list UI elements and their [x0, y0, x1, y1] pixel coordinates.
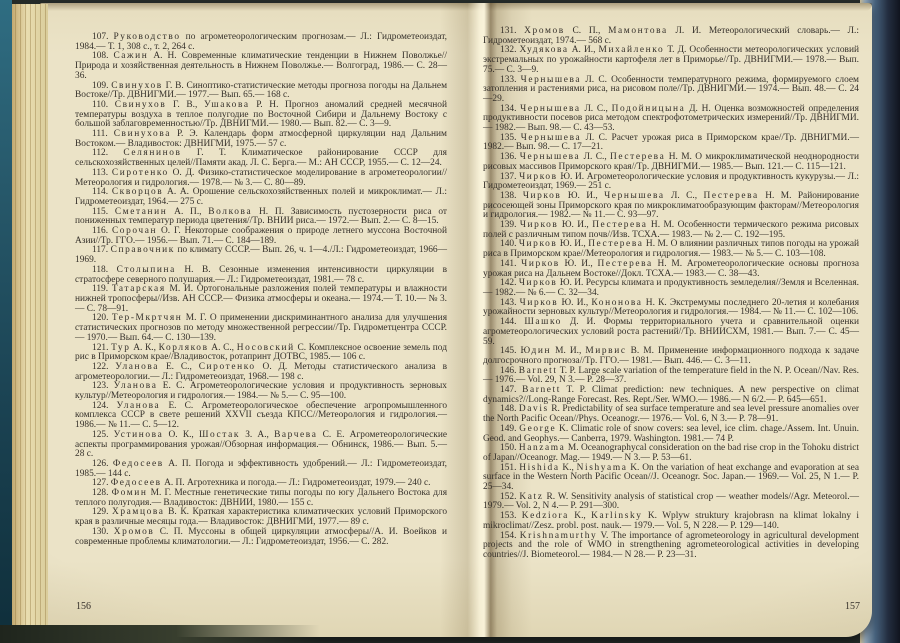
entry-text: 129. — [92, 507, 112, 517]
author-name: Мирвис — [585, 346, 626, 356]
entry-text: 137. — [500, 172, 519, 182]
bibliography-entry: 118. Столыпина Н. В. Сезонные изменения … — [75, 266, 447, 285]
entry-text: 107. — [92, 32, 113, 42]
entry-text: 135. — [500, 133, 521, 143]
book-cover-left-edge — [0, 0, 12, 643]
author-name: Носовский — [237, 343, 295, 353]
entry-text: Ю. И., — [561, 191, 604, 201]
author-name: Чирков — [523, 191, 562, 201]
author-name: Свинухов — [111, 81, 163, 91]
author-name: Сиротенко — [199, 362, 256, 372]
page-number-left: 156 — [76, 601, 91, 612]
author-name: Чирков — [520, 220, 559, 230]
author-name: Уланова — [115, 362, 159, 372]
entry-text: Ю. И., — [560, 259, 598, 269]
entry-text: 127. — [92, 478, 111, 488]
author-name: Храмцова — [112, 507, 165, 517]
bibliography-entry: 116. Сорочан О. Г. Некоторые соображения… — [75, 227, 447, 246]
author-name: Чирков — [521, 259, 560, 269]
author-name: Barnett — [522, 385, 561, 395]
bibliography-entry: 124. Уланова Е. С. Агрометеорологическое… — [75, 402, 447, 431]
page-edges-left — [10, 4, 48, 634]
bibliography-entry: 138. Чирков Ю. И., Чернышева Л. С., Пест… — [483, 192, 859, 221]
author-name: Пестерева — [597, 259, 652, 269]
entry-text: 133. — [500, 75, 521, 85]
entry-text: 142. — [500, 278, 519, 288]
entry-text: 109. — [92, 81, 111, 91]
entry-text: А. П., — [167, 207, 208, 217]
author-name: Уланова — [114, 381, 158, 391]
bibliography-entry: 140. Чирков Ю. И., Пестерева Н. М. О вли… — [483, 240, 859, 259]
author-name: Варчева — [274, 430, 317, 440]
bibliography-entry: 119. Татарская М. И. Ортогональные разло… — [75, 285, 447, 314]
bibliography-entry: 113. Сиротенко О. Д. Физико-статистическ… — [75, 169, 447, 188]
author-name: Шостак — [199, 430, 240, 440]
author-name: Чернышева — [604, 191, 665, 201]
right-page-bibliography: 131. Хромов С. П., Мамонтова Л. И. Метео… — [483, 27, 859, 561]
entry-text: 130. — [92, 527, 114, 537]
bibliography-entry: 126. Федосеев А. П. Погода и эффективнос… — [75, 460, 447, 479]
author-name: Шашко — [524, 317, 562, 327]
bibliography-entry: 147. Barnett T. P. Climat prediction: ne… — [483, 386, 859, 405]
author-name: Хромов — [524, 26, 565, 36]
entry-text: А. И., — [569, 45, 599, 55]
entry-text: С. П., — [565, 26, 608, 36]
entry-text: 117. — [92, 245, 111, 255]
bibliography-entry: 125. Устинова О. К., Шостак З. А., Варче… — [75, 431, 447, 460]
author-name: Скворцов — [112, 187, 163, 197]
bibliography-entry: 132. Худякова А. И., Михайленко Т. Д. Ос… — [483, 46, 859, 75]
author-name: Kedziora — [522, 511, 569, 521]
bibliography-entry: 120. Тер-Мкртчян М. Г. О применении диск… — [75, 314, 447, 343]
author-name: Справочник — [111, 245, 175, 255]
author-name: Фомин — [112, 488, 148, 498]
bibliography-entry: 151. Hishida K., Nishyama K. On the vari… — [483, 464, 859, 493]
bibliography-entry: 141. Чирков Ю. И., Пестерева Н. М. Агром… — [483, 260, 859, 279]
author-name: Михайленко — [599, 45, 665, 55]
entry-text: 148. — [500, 404, 519, 414]
author-name: Корляков — [159, 343, 209, 353]
author-name: Пестерева — [588, 239, 643, 249]
bibliography-entry: 128. Фомин М. Г. Местные генетические ти… — [75, 489, 447, 508]
entry-text: А. К., — [131, 343, 159, 353]
entry-text: K., — [569, 511, 591, 521]
bibliography-entry: 134. Чернышева Л. С., Подойницына Д. Н. … — [483, 105, 859, 134]
bibliography-entry: 109. Свинухов Г. В. Синоптико-статистиче… — [75, 82, 447, 101]
bibliography-entry: 131. Хромов С. П., Мамонтова Л. И. Метео… — [483, 27, 859, 46]
author-name: Волкова — [208, 207, 252, 217]
open-book-spread: 107. Руководство по агрометеорологически… — [40, 3, 872, 637]
author-name: Чирков — [519, 278, 558, 288]
author-name: Юдин — [520, 346, 551, 356]
entry-text: 118. — [92, 265, 117, 275]
author-name: Сметанин — [115, 207, 168, 217]
entry-text: 128. — [92, 488, 112, 498]
entry-text: 111. — [92, 129, 114, 139]
entry-text: 113. — [92, 168, 112, 178]
entry-text: Л. С., — [580, 152, 610, 162]
bibliography-entry: 122. Уланова Е. С., Сиротенко О. Д. Мето… — [75, 363, 447, 382]
author-name: Свинухова — [114, 129, 171, 139]
author-name: Karlinsky — [591, 511, 642, 521]
entry-text: Л. С., — [665, 191, 704, 201]
bibliography-entry: 143. Чирков Ю. И., Кононова Н. К. Экстре… — [483, 299, 859, 318]
entry-text: 136. — [500, 152, 520, 162]
entry-text: 126. — [92, 459, 113, 469]
entry-text: 112. — [92, 148, 123, 158]
entry-text: 123. — [92, 381, 114, 391]
author-name: Katz — [519, 492, 543, 502]
entry-text: 132. — [500, 45, 520, 55]
entry-text: Ю. И., — [557, 239, 588, 249]
bibliography-entry: 148. Davis R. Predictability of sea surf… — [483, 405, 859, 424]
author-name: Чернышева — [521, 75, 582, 85]
bibliography-entry: 133. Чернышева Л. С. Особенности темпера… — [483, 76, 859, 105]
author-name: Barnett — [519, 366, 558, 376]
bibliography-entry: 145. Юдин М. И., Мирвис В. М. Применение… — [483, 347, 859, 366]
bibliography-entry: 137. Чирков Ю. И. Агрометеорологические … — [483, 173, 859, 192]
entry-text: 150. — [500, 443, 519, 453]
entry-text: А. С., — [209, 343, 237, 353]
left-page-bibliography: 107. Руководство по агрометеорологически… — [75, 33, 447, 547]
entry-text: Г. В., — [166, 100, 204, 110]
bibliography-entry: 153. Kedziora K., Karlinsky K. Wplyw str… — [483, 512, 859, 531]
entry-text: 120. — [92, 313, 112, 323]
entry-text: 149. — [500, 424, 519, 434]
author-name: Тур — [111, 343, 130, 353]
author-name: Пестерева — [704, 191, 759, 201]
entry-text: 140. — [500, 239, 519, 249]
bibliography-entry: 114. Скворцов А. А. Орошение сельскохозя… — [75, 188, 447, 207]
bibliography-entry: 154. Krishnamurthy V. The importance of … — [483, 532, 859, 561]
bibliography-entry: 152. Katz R. W. Sensitivity analysis of … — [483, 493, 859, 512]
entry-text: 145. — [500, 346, 520, 356]
bibliography-entry: 136. Чернышева Л. С., Пестерева Н. М. О … — [483, 153, 859, 172]
entry-text: О. К., — [163, 430, 199, 440]
entry-text: 115. — [92, 207, 115, 217]
bibliography-entry: 123. Уланова Е. С. Агрометеорологические… — [75, 382, 447, 401]
author-name: Пестерева — [610, 152, 665, 162]
bibliography-entry: 150. Hanzama M. Oceanographycal consider… — [483, 444, 859, 463]
entry-text: 144. — [500, 317, 524, 327]
entry-text: 147. — [500, 385, 522, 395]
author-name: Федосеев — [113, 459, 164, 469]
author-name: Тер-Мкртчян — [112, 313, 183, 323]
entry-text: 141. — [500, 259, 521, 269]
bibliography-entry: 144. Шашко Д. И. Формы территориального … — [483, 318, 859, 347]
bibliography-entry: 111. Свинухова Р. Э. Календарь форм атмо… — [75, 130, 447, 149]
author-name: Сажин — [113, 51, 148, 61]
page-number-right: 157 — [845, 601, 860, 612]
entry-text: 108. — [92, 51, 113, 61]
entry-text: 110. — [92, 100, 115, 110]
author-name: Столыпина — [117, 265, 176, 275]
author-name: Чирков — [519, 172, 558, 182]
bibliography-entry: 149. George K. Climatic role of snow cov… — [483, 425, 859, 444]
author-name: Руководство — [113, 32, 180, 42]
book-scan: 107. Руководство по агрометеорологически… — [0, 0, 900, 643]
bibliography-entry: 146. Barnett T. P. Large scale variation… — [483, 367, 859, 386]
bibliography-entry: 130. Хромов С. П. Муссоны в общей циркул… — [75, 528, 447, 547]
entry-text: 114. — [92, 187, 112, 197]
entry-text: 119. — [92, 284, 112, 294]
author-name: George — [519, 424, 556, 434]
bibliography-entry: 117. Справочник по климату СССР.— Вып. 2… — [75, 246, 447, 265]
author-name: Федосеев — [111, 478, 162, 488]
author-name: Чернышева — [521, 133, 582, 143]
bibliography-entry: 108. Сажин А. Н. Современные климатическ… — [75, 52, 447, 81]
entry-text: М. И., — [551, 346, 585, 356]
entry-text: Ю. И., — [558, 220, 592, 230]
entry-text: 125. — [92, 430, 114, 440]
author-name: Пестерева — [592, 220, 647, 230]
bibliography-entry: 142. Чирков Ю. И. Ресурсы климата и прод… — [483, 279, 859, 298]
author-name: Татарская — [112, 284, 166, 294]
entry-text: 138. — [500, 191, 523, 201]
bibliography-entry: 107. Руководство по агрометеорологически… — [75, 33, 447, 52]
entry-text: А. П. Агротехника и погода.— Л.: Гидроме… — [162, 478, 431, 488]
entry-text: 131. — [500, 26, 524, 36]
bibliography-entry: 139. Чирков Ю. И., Пестерева Н. М. Особе… — [483, 221, 859, 240]
entry-text: 139. — [500, 220, 520, 230]
author-name: Сорочан — [112, 226, 157, 236]
entry-text: Е. С., — [159, 362, 199, 372]
bibliography-entry: 135. Чернышева Л. С. Расчет урожая риса … — [483, 134, 859, 153]
author-name: Чернышева — [520, 152, 581, 162]
author-name: Устинова — [114, 430, 164, 440]
bibliography-entry: 115. Сметанин А. П., Волкова Н. П. Завис… — [75, 208, 447, 227]
author-name: Худякова — [520, 45, 569, 55]
entry-text: 153. — [500, 511, 522, 521]
author-name: Hanzama — [519, 443, 566, 453]
entry-text: 146. — [500, 366, 519, 376]
author-name: Чирков — [519, 239, 558, 249]
author-name: Хромов — [114, 527, 155, 537]
entry-text: 116. — [92, 226, 112, 236]
bibliography-entry: 129. Храмцова В. К. Краткая характеристи… — [75, 508, 447, 527]
author-name: Сиротенко — [112, 168, 169, 178]
author-name: Davis — [519, 404, 549, 414]
entry-text: 152. — [500, 492, 519, 502]
entry-text: 121. — [92, 343, 111, 353]
bibliography-entry: 121. Тур А. К., Корляков А. С., Носовски… — [75, 344, 447, 363]
table-surface-shadow — [0, 625, 320, 643]
author-name: Селянинов — [123, 148, 181, 158]
entry-text: 122. — [92, 362, 115, 372]
author-name: Мамонтова — [608, 26, 668, 36]
bibliography-entry: 110. Свинухов Г. В., Ушакова Р. Н. Прогн… — [75, 101, 447, 130]
author-name: Ушакова — [204, 100, 250, 110]
bibliography-entry: 112. Селянинов Г. Т. Климатическое район… — [75, 149, 447, 168]
author-name: Свинухов — [115, 100, 167, 110]
entry-text: З. А., — [240, 430, 274, 440]
